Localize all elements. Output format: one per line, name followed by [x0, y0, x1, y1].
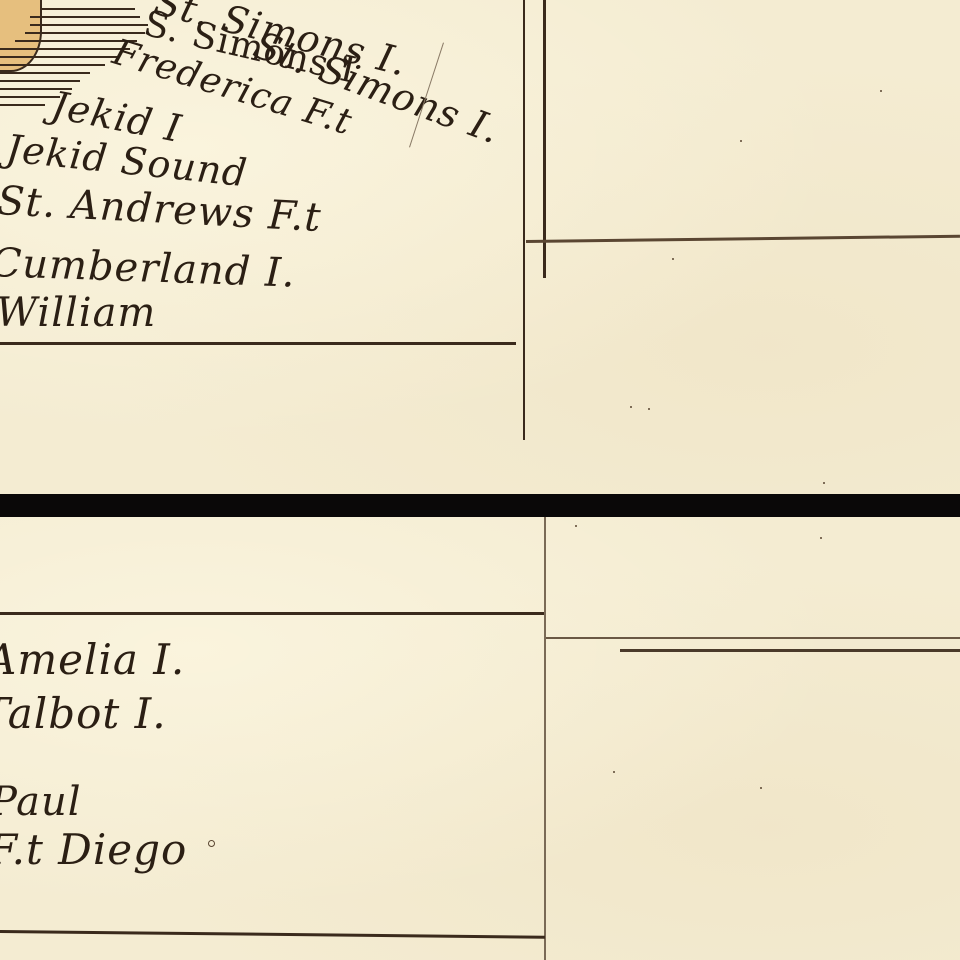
map-border-vertical-outer	[523, 0, 525, 440]
paper-speck	[630, 406, 632, 408]
paper-speck	[740, 140, 742, 142]
map-neatline-horizontal	[0, 612, 545, 615]
label-st-andrews-fort: St. Andrews F.t	[0, 178, 323, 241]
map-strip-bottom: Amelia I. Talbot I. Paul F.t Diego	[0, 517, 960, 960]
paper-speck	[672, 258, 674, 260]
settlement-marker	[208, 840, 215, 847]
map-neatline-bottom	[0, 930, 545, 939]
paper-speck	[613, 771, 615, 773]
paper-speck	[820, 537, 822, 539]
paper-speck	[823, 482, 825, 484]
water-hatch-line	[0, 56, 120, 58]
paper-speck	[880, 90, 882, 92]
paper-speck	[648, 408, 650, 410]
paper-speck	[575, 525, 577, 527]
label-william: William	[0, 290, 156, 336]
land-tint	[0, 0, 42, 72]
water-hatch-line	[30, 16, 140, 18]
paper-speck	[760, 787, 762, 789]
label-talbot-island: Talbot I.	[0, 689, 167, 738]
map-border-vertical	[544, 517, 546, 960]
map-border-horizontal-upper	[546, 637, 960, 639]
map-border-horizontal	[526, 235, 960, 243]
map-border-vertical-inner	[543, 0, 546, 278]
label-paul: Paul	[0, 779, 82, 825]
water-hatch-line	[0, 80, 80, 82]
label-amelia-island: Amelia I.	[0, 635, 185, 684]
label-fort-diego: F.t Diego	[0, 825, 187, 874]
water-hatch-line	[0, 96, 60, 98]
water-hatch-line	[0, 72, 90, 74]
water-hatch-line	[40, 8, 135, 10]
water-hatch-line	[30, 24, 148, 26]
scan-separator-band	[0, 494, 960, 517]
water-hatch-line	[0, 64, 105, 66]
label-cumberland-island: Cumberland I.	[0, 240, 296, 297]
map-scan: St. Simons I. S. Simons I St. Simons I. …	[0, 0, 960, 960]
map-border-horizontal-lower	[620, 649, 960, 652]
water-hatch-line	[0, 48, 130, 50]
map-neatline-horizontal	[0, 342, 516, 345]
map-strip-top: St. Simons I. S. Simons I St. Simons I. …	[0, 0, 960, 494]
water-hatch-line	[0, 104, 45, 106]
